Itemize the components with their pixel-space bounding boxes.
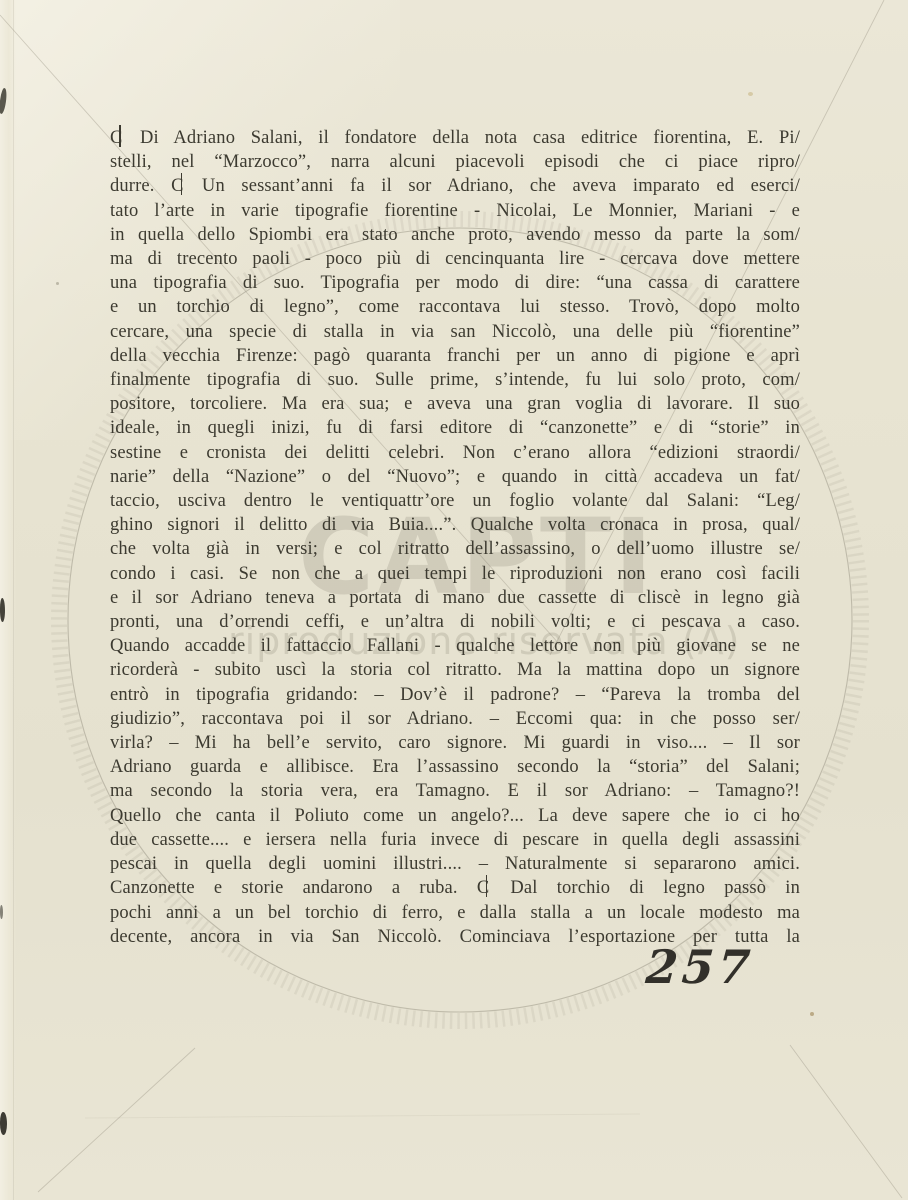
text-line: stelli, nel “Marzocco”, narra alcuni pia… bbox=[110, 150, 800, 174]
text-line: finalmente tipografia di suo. Sulle prim… bbox=[110, 368, 800, 392]
text-line: ideale, in quegli inizi, fu di farsi edi… bbox=[110, 416, 800, 440]
text-line: virla? – Mi ha bell’e servito, caro sign… bbox=[110, 731, 800, 755]
paper-blemish bbox=[0, 905, 3, 919]
text-line: una tipografia di suo. Tipografia per mo… bbox=[110, 271, 800, 295]
text-line: Adriano guarda e allibisce. Era l’assass… bbox=[110, 755, 800, 779]
paper-speck bbox=[56, 282, 59, 285]
text-line: pochi anni a un bel torchio di ferro, e … bbox=[110, 901, 800, 925]
text-line: narie” della “Nazione” o del “Nuovo”; e … bbox=[110, 465, 800, 489]
text-line: della vecchia Firenze: pagò quaranta fra… bbox=[110, 344, 800, 368]
body-text: C Di Adriano Salani, il fondatore della … bbox=[110, 126, 800, 949]
text-line: giudizio”, raccontava poi il sor Adriano… bbox=[110, 707, 800, 731]
text-line: tato l’arte in varie tipografie fiorenti… bbox=[110, 199, 800, 223]
text-line: pescai in quella degli uomini illustri..… bbox=[110, 852, 800, 876]
text-line: ma di trecento paoli - poco più di cenci… bbox=[110, 247, 800, 271]
page-number: 257 bbox=[644, 942, 756, 993]
text-line: e il sor Adriano teneva a portata di man… bbox=[110, 586, 800, 610]
text-line: durre. C Un sessant’anni fa il sor Adria… bbox=[110, 174, 800, 198]
text-line: che volta già in versi; e col ritratto d… bbox=[110, 537, 800, 561]
text-line: entrò in tipografia gridando: – Dov’è il… bbox=[110, 683, 800, 707]
text-line: Canzonette e storie andarono a ruba. C D… bbox=[110, 876, 800, 900]
text-line: sestine e cronista dei delitti celebri. … bbox=[110, 441, 800, 465]
text-line: condo i casi. Se non che a quei tempi le… bbox=[110, 562, 800, 586]
text-line: ma secondo la storia vera, era Tamagno. … bbox=[110, 779, 800, 803]
text-line: e un torchio di legno”, come raccontava … bbox=[110, 295, 800, 319]
text-line: pronti, una d’orrendi ceffi, e un’altra … bbox=[110, 610, 800, 634]
scanned-book-page: CAPTI riproduzione riservata (A) C Di Ad… bbox=[0, 0, 908, 1200]
text-line: due cassette.... e iersera nella furia i… bbox=[110, 828, 800, 852]
text-line: taccio, usciva dentro le ventiquattr’ore… bbox=[110, 489, 800, 513]
capitulum-mark: C bbox=[171, 174, 184, 198]
text-line: Quello che canta il Poliuto come un ange… bbox=[110, 804, 800, 828]
text-line: positore, torcoliere. Ma era sua; e avev… bbox=[110, 392, 800, 416]
paper-blemish bbox=[0, 1112, 7, 1135]
capitulum-mark: C bbox=[477, 876, 490, 900]
text-line: Quando accadde il fattaccio Fallani - qu… bbox=[110, 634, 800, 658]
paper-blemish bbox=[0, 598, 5, 622]
capitulum-mark: C bbox=[110, 126, 123, 150]
text-line: C Di Adriano Salani, il fondatore della … bbox=[110, 126, 800, 150]
text-line: ghino signori il delitto di via Buia....… bbox=[110, 513, 800, 537]
text-line: cercare, una specie di stalla in via san… bbox=[110, 320, 800, 344]
paper-speck bbox=[748, 92, 753, 96]
text-line: in quella dello Spiombi era stato anche … bbox=[110, 223, 800, 247]
paper-speck bbox=[810, 1012, 814, 1016]
page-left-edge-line bbox=[13, 0, 14, 1200]
text-line: ricorderà - subito uscì la storia col ri… bbox=[110, 658, 800, 682]
